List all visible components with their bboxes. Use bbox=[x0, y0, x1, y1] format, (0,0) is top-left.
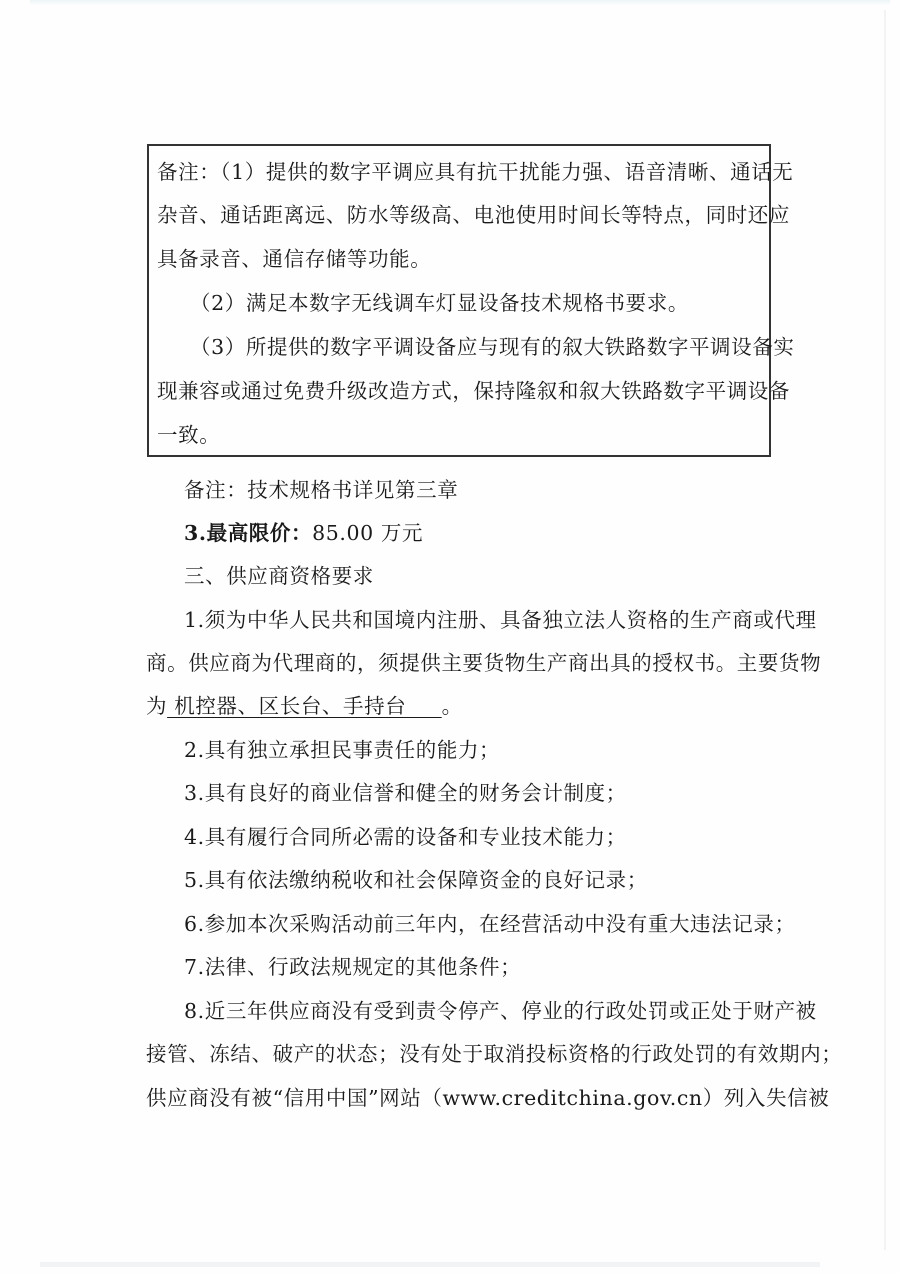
section-title: 三、供应商资格要求 bbox=[184, 564, 374, 588]
main-goods-suffix: 。 bbox=[442, 694, 463, 718]
note-line-7: 一致。 bbox=[157, 423, 220, 447]
requirement-1-line-2: 商。供应商为代理商的，须提供主要货物生产商出具的授权书。主要货物 bbox=[146, 651, 821, 675]
remark-text: 备注：技术规格书详见第三章 bbox=[184, 478, 458, 502]
requirement-6: 6.参加本次采购活动前三年内，在经营活动中没有重大违法记录； bbox=[184, 912, 796, 936]
note-line-2: 杂音、通话距离远、防水等级高、电池使用时间长等特点，同时还应 bbox=[157, 203, 790, 227]
requirement-8-line-1: 8.近三年供应商没有受到责令停产、停业的行政处罚或正处于财产被 bbox=[184, 999, 817, 1023]
requirement-1-line-3: 为 机控器、区长台、手持台 。 bbox=[146, 694, 463, 718]
main-goods-underlined: 机控器、区长台、手持台 bbox=[167, 694, 442, 718]
requirement-8-line-2: 接管、冻结、破产的状态；没有处于取消投标资格的行政处罚的有效期内； bbox=[146, 1042, 842, 1066]
note-line-1: 备注：（1）提供的数字平调应具有抗干扰能力强、语音清晰、通话无 bbox=[157, 160, 793, 184]
note-line-4: （2）满足本数字无线调车灯显设备技术规格书要求。 bbox=[190, 291, 689, 315]
requirement-2: 2.具有独立承担民事责任的能力； bbox=[184, 738, 500, 762]
requirement-7: 7.法律、行政法规规定的其他条件； bbox=[184, 955, 521, 979]
max-price-label: 3.最高限价： bbox=[184, 521, 312, 545]
note-line-5: （3）所提供的数字平调设备应与现有的叙大铁路数字平调设备实 bbox=[190, 335, 794, 359]
requirement-3: 3.具有良好的商业信誉和健全的财务会计制度； bbox=[184, 781, 627, 805]
scan-artifact-right bbox=[884, 10, 886, 1250]
document-page: 备注：（1）提供的数字平调应具有抗干扰能力强、语音清晰、通话无 杂音、通话距离远… bbox=[0, 0, 900, 1273]
main-goods-prefix: 为 bbox=[146, 694, 167, 718]
requirement-1-line-1: 1.须为中华人民共和国境内注册、具备独立法人资格的生产商或代理 bbox=[184, 608, 817, 632]
requirement-5: 5.具有依法缴纳税收和社会保障资金的良好记录； bbox=[184, 868, 648, 892]
max-price-value: 85.00 万元 bbox=[312, 521, 423, 545]
scan-artifact-bottom bbox=[40, 1262, 820, 1267]
note-line-6: 现兼容或通过免费升级改造方式，保持隆叙和叙大铁路数字平调设备 bbox=[157, 379, 790, 403]
note-line-3: 具备录音、通信存储等功能。 bbox=[157, 247, 431, 271]
requirement-4: 4.具有履行合同所必需的设备和专业技术能力； bbox=[184, 825, 627, 849]
scan-artifact-top bbox=[30, 0, 890, 6]
max-price: 3.最高限价：85.00 万元 bbox=[184, 521, 423, 545]
requirement-8-line-3: 供应商没有被“信用中国”网站（www.creditchina.gov.cn）列入… bbox=[146, 1086, 829, 1110]
